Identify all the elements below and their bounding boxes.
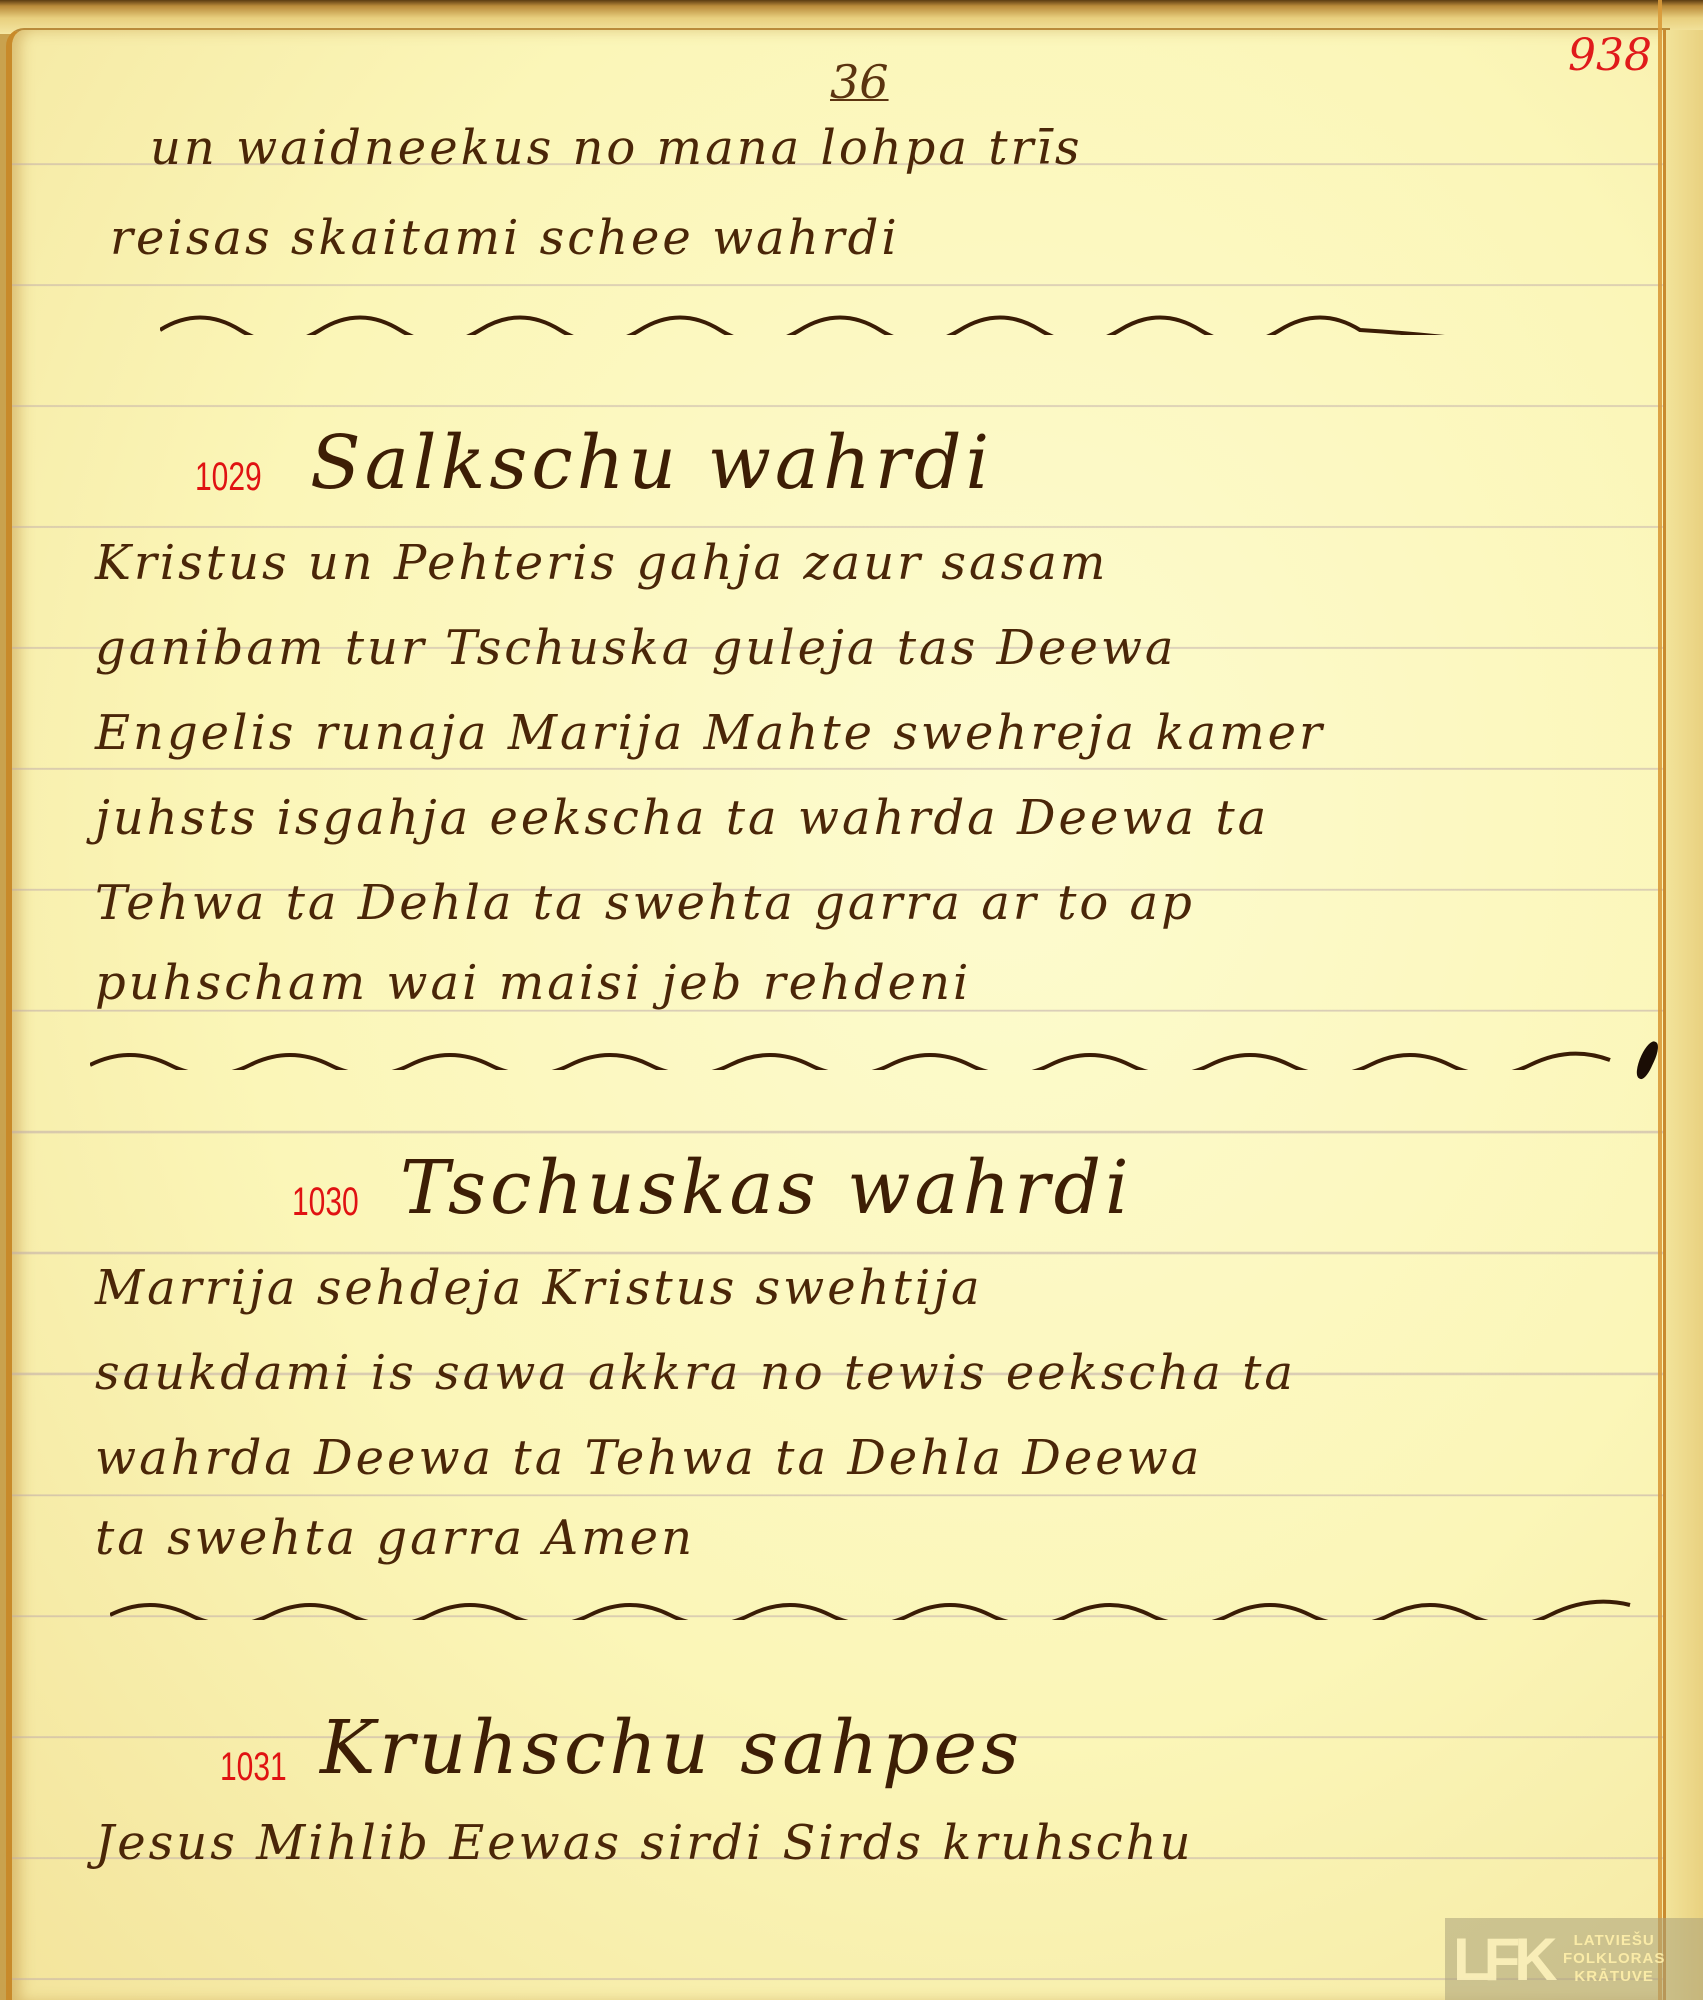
- watermark-line: FOLKLORAS: [1563, 1950, 1665, 1968]
- entry-title: Tschuskas wahrdi: [400, 1145, 1133, 1231]
- divider-flourish: [160, 305, 1520, 335]
- text-line: juhsts isgahja eekscha ta wahrda Deewa t…: [95, 790, 1269, 846]
- entry-number: 1030: [292, 1180, 359, 1225]
- entry-number: 1029: [195, 455, 262, 500]
- text-line: ganibam tur Tschuska guleja tas Deewa: [95, 620, 1177, 676]
- text-line: Engelis runaja Marija Mahte swehreja kam…: [95, 705, 1325, 761]
- watermark-line: LATVIEŠU: [1563, 1932, 1665, 1950]
- text-line: Kristus un Pehteris gahja zaur sasam: [95, 535, 1108, 591]
- folio-number: 36: [830, 55, 889, 109]
- lfk-logo-icon: LFK: [1453, 1925, 1563, 1994]
- text-line: ta swehta garra Amen: [95, 1510, 695, 1566]
- archive-page-number: 938: [1568, 30, 1652, 81]
- text-line: Jesus Mihlib Eewas sirdi Sirds kruhschu: [95, 1815, 1194, 1871]
- archive-watermark: LFK LATVIEŠU FOLKLORAS KRĀTUVE: [1445, 1918, 1703, 2000]
- text-line: puhscham wai maisi jeb rehdeni: [95, 955, 971, 1011]
- watermark-line: KRĀTUVE: [1563, 1968, 1665, 1986]
- text-line: saukdami is sawa akkra no tewis eekscha …: [95, 1345, 1296, 1401]
- text-line: Tehwa ta Dehla ta swehta garra ar to ap: [95, 875, 1195, 931]
- entry-title: Kruhschu sahpes: [320, 1705, 1023, 1791]
- text-line: wahrda Deewa ta Tehwa ta Dehla Deewa: [95, 1430, 1202, 1486]
- text-line: Marrija sehdeja Kristus swehtija: [95, 1260, 983, 1316]
- text-line: un waidneekus no mana lohpa trīs: [150, 120, 1082, 176]
- divider-flourish: [90, 1040, 1630, 1070]
- text-line: reisas skaitami schee wahrdi: [110, 210, 900, 266]
- entry-number: 1031: [220, 1745, 287, 1790]
- watermark-text: LATVIEŠU FOLKLORAS KRĀTUVE: [1563, 1932, 1665, 1986]
- margin-line: [1658, 0, 1662, 2000]
- next-page-edge: [1663, 30, 1703, 2000]
- entry-title: Salkschu wahrdi: [310, 420, 993, 506]
- divider-flourish: [110, 1590, 1650, 1620]
